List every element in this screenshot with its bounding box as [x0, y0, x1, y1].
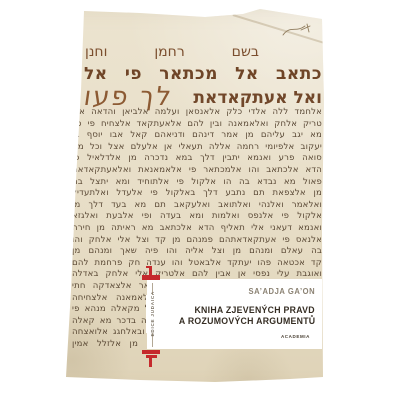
manuscript-heading-line-1: בשם רחמן וחנן: [85, 42, 259, 62]
series-mark-top-bar: [142, 275, 160, 280]
manuscript-body-line: ואלאמר ואלנהי ואלתואב ואלעקאב תם מא בעד …: [72, 200, 322, 212]
title-panel: SA’ADJA GA’ON KNIHA ZJEVENÝCH PRAVD A RO…: [147, 279, 322, 349]
manuscript-body-line: אלחמד ללה אלדי כלק אלאנסאן ועלמה אלביאן …: [72, 107, 322, 119]
manuscript-body-line: אלקול פי אלנפס ואלמות ומא בעדה ופי אלבעת…: [72, 211, 322, 223]
pen-flourish-icon: [280, 20, 316, 42]
manuscript-body-line: סואה פרע ואנמא יתבין דלך במא נדכרה מן אל…: [72, 153, 322, 165]
book-title-line-2: A ROZUMOVÝCH ARGUMENTŮ: [178, 316, 315, 327]
manuscript-body-line: הדא אלכתאב והו אלמכתאר פי אלאמאנאת ואלאע…: [72, 165, 322, 177]
manuscript-body-line: מן אלצפאת תם נתבע דלך באלקול פי אלעדל וא…: [72, 188, 322, 200]
manuscript-body-line: ואנמא דעאני אלי תאליף הדא אלכתאב מא ראית…: [72, 223, 322, 235]
series-mark-bottom-stem: [149, 357, 152, 367]
manuscript-body-line: קד אכטאה פהו יעתקד אלבאטל והו ענדה חק פר…: [72, 258, 322, 270]
manuscript-body-line: בה עאלם ומנהם מן וצל אליה והו פיה שאך ומ…: [72, 246, 322, 258]
publisher-name: ACADEMIA: [281, 334, 310, 339]
book-title-line-1: KNIHA ZJEVENÝCH PRAVD: [195, 305, 315, 316]
book-cover-page: בשם רחמן וחנן כתאב אל מכתאר פי אל אמאנאת…: [0, 0, 400, 400]
series-label: EDICE JUDAICA: [146, 295, 159, 333]
manuscript-body-line: פאול מא נבדא בה הו אלקול פי אלתוחיד ומא …: [72, 177, 322, 189]
manuscript-body-line: מא יגב עליהם מן אמר דינהם ודניאהם קאל אב…: [72, 130, 322, 142]
series-mark-bottom-bar-wide: [142, 350, 160, 354]
manuscript-cover-image: בשם רחמן וחנן כתאב אל מכתאר פי אל אמאנאת…: [0, 0, 400, 400]
series-label-text: EDICE JUDAICA: [150, 291, 155, 336]
series-mark-top-nub: [146, 266, 150, 268]
manuscript-body-line: טריק אלחק ואלאמאנה ובין להם אלאעתקאד אלצ…: [72, 119, 322, 131]
manuscript-body-line: אלנאס פי אעתקאדאתהם פמנהם מן קד וצל אלי …: [72, 235, 322, 247]
author-name: SA’ADJA GA’ON: [248, 287, 315, 296]
manuscript-body-line: יעקוב אלפיומי רחמה אללה תעאלי אן אלעלם א…: [72, 142, 322, 154]
